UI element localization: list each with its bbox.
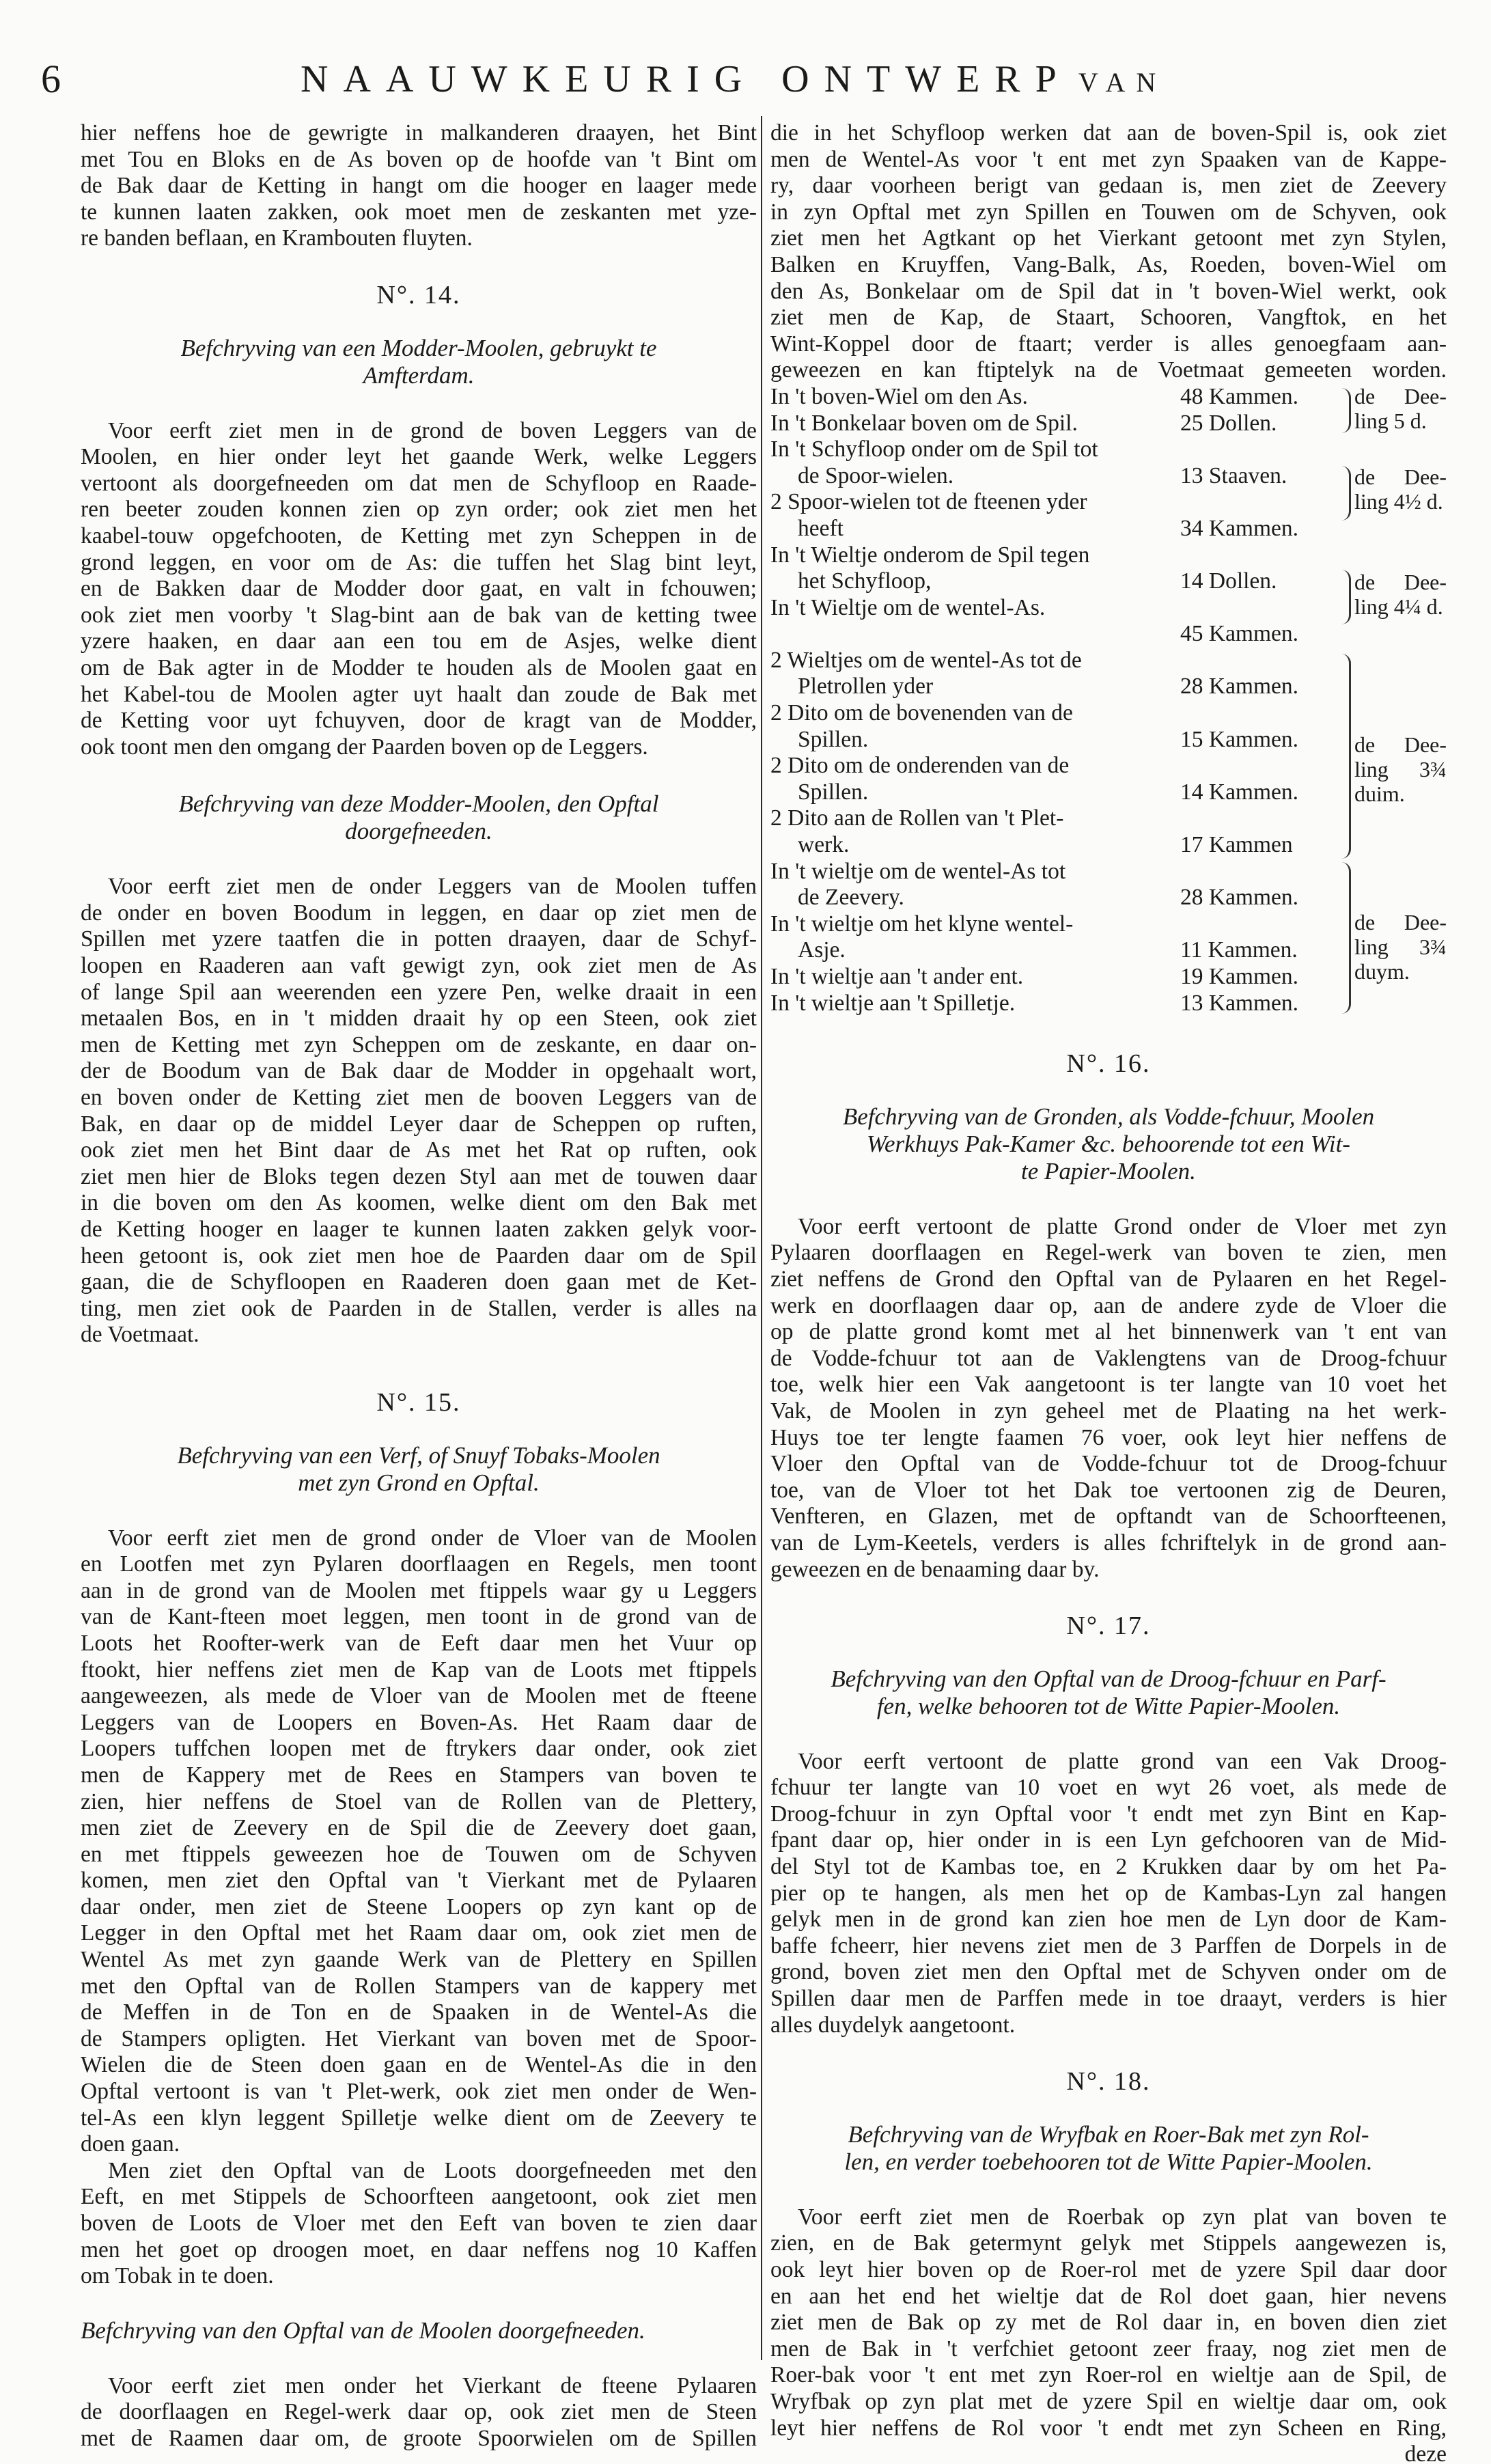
text-line: men ziet de Zeevery en de Spil die de Ze…	[81, 1815, 757, 1842]
gear-count: 34 Kammen.	[1180, 516, 1298, 542]
text-line: en Lootfen met zyn Pylaren doorflaagen e…	[81, 1551, 757, 1578]
text-line: geweezen en de benaaming daar by.	[770, 1557, 1447, 1583]
text-line: Vak, de Moolen in zyn geheel met de Plaa…	[770, 1398, 1447, 1425]
gear-description: heeft	[798, 516, 844, 542]
gear-description: In 't Wieltje onderom de Spil tegen	[770, 542, 1089, 569]
text-line: ziet men de Kap, de Staart, Schooren, Va…	[770, 305, 1447, 331]
heading-line: doorgefneeden.	[81, 818, 757, 845]
text-line: gelyk men in de grond kan zien hoe men d…	[770, 1907, 1447, 1933]
text-line: Wielen die de Steen doen gaan en de Went…	[81, 2052, 757, 2079]
text-line: ziet men hier de Bloks tegen dezen Styl …	[81, 1164, 757, 1191]
text-line: toe, van de Vloer tot het Dak toe vertoo…	[770, 1478, 1447, 1504]
text-line: met den Opftal van de Rollen Stampers va…	[81, 1974, 757, 2000]
gear-description: In 't Wieltje om de wentel-As.	[770, 595, 1045, 622]
running-title-small: VAN	[1078, 67, 1167, 98]
text-line: hier neffens hoe de gewrigte in malkande…	[81, 120, 757, 147]
text-line: Wryfbak op zyn plat met de yzere Spil en…	[770, 2389, 1447, 2415]
text-line: in die boven om den As koomen, welke die…	[81, 1190, 757, 1217]
text-line: Roer-bak voor 't ent met zyn Roer-rol en…	[770, 2362, 1447, 2389]
heading-line: met zyn Grond en Opftal.	[81, 1469, 757, 1497]
text-line: Eeft, en met Stippels de Schoorfteen aan…	[81, 2184, 757, 2211]
section-heading-14: Befchryving van een Modder-Moolen, gebru…	[81, 335, 757, 389]
gear-count: 25 Dollen.	[1180, 411, 1277, 437]
left-intro: hier neffens hoe de gewrigte in malkande…	[81, 120, 757, 252]
text-line: en de Bakken daar de Modder door gaat, e…	[81, 576, 757, 603]
heading-line: Werkhuys Pak-Kamer &c. behoorende tot ee…	[770, 1131, 1447, 1158]
text-line: de Ketting hooger en laager te kunnen la…	[81, 1217, 757, 1243]
gear-count: 14 Dollen.	[1180, 568, 1277, 595]
right-intro: die in het Schyfloop werken dat aan de b…	[770, 120, 1447, 384]
text-line: Pylaaren doorflaagen en Regel-werk van b…	[770, 1240, 1447, 1266]
section-body-15b: Voor eerft ziet men onder het Vierkant d…	[81, 2373, 757, 2452]
text-line: Voor eerft ziet men de onder Leggers van…	[81, 874, 757, 900]
text-line: de Bak daar de Ketting in hangt om die h…	[81, 173, 757, 199]
text-line: loopen en Raaderen aan vaft gewigt zyn, …	[81, 953, 757, 980]
text-line: fpant daar op, hier onder in is een Lyn …	[770, 1827, 1447, 1854]
section-body-14: Voor eerft ziet men in de grond de boven…	[81, 418, 757, 761]
text-line: Venfteren, en Glazen, met de opftandt va…	[770, 1504, 1447, 1530]
text-line: men de Wentel-As voor 't ent met zyn Spa…	[770, 147, 1447, 174]
brace-label: de Dee- ling 3¾ duim.	[1354, 732, 1447, 806]
text-line: Men ziet den Opftal van de Loots doorgef…	[81, 2158, 757, 2185]
heading-line: Amfterdam.	[81, 362, 757, 389]
brace	[1341, 570, 1351, 624]
text-line: alles duydelyk aangetoont.	[770, 2012, 1447, 2039]
text-line: ry, daar voorheen berigt van gedaan is, …	[770, 173, 1447, 199]
section-body-15-para2: Men ziet den Opftal van de Loots doorgef…	[81, 2158, 757, 2290]
brace	[1341, 654, 1351, 859]
heading-line: fen, welke behooren tot de Witte Papier-…	[770, 1693, 1447, 1720]
text-line: de Meffen in de Ton en de Spaaken in de …	[81, 1999, 757, 2026]
brace-label: de Dee- ling 3¾ duym.	[1354, 910, 1447, 984]
section-heading-15b: Befchryving van den Opftal van de Moolen…	[81, 2317, 757, 2344]
gear-description: 2 Dito aan de Rollen van 't Plet-	[770, 805, 1063, 832]
gear-description: In 't Bonkelaar boven om de Spil.	[770, 411, 1078, 437]
section-heading-16: Befchryving van de Gronden, als Vodde-fc…	[770, 1103, 1447, 1185]
column-divider	[761, 116, 762, 2360]
brace-label: de Dee- ling 4¼ d.	[1354, 570, 1447, 619]
text-line: Loopers tuffchen loopen met de ftrykers …	[81, 1736, 757, 1762]
text-line: Voor eerft ziet men onder het Vierkant d…	[81, 2373, 757, 2400]
gear-description: het Schyfloop,	[798, 568, 931, 595]
text-line: men de Kappery met de Rees en Stampers v…	[81, 1762, 757, 1789]
running-title-main: NAAUWKEURIG ONTWERP	[301, 58, 1072, 100]
text-line: tel-As een klyn leggent Spilletje welke …	[81, 2105, 757, 2132]
gear-description: werk.	[798, 832, 849, 859]
gear-description: Spillen.	[798, 779, 868, 806]
gear-description: 2 Wieltjes om de wentel-As tot de	[770, 648, 1082, 674]
text-line: fchuur ter langte van 10 voet en wyt 26 …	[770, 1775, 1447, 1801]
gear-description: Asje.	[798, 937, 846, 964]
heading-line: Befchryving van de Wryfbak en Roer-Bak m…	[770, 2121, 1447, 2148]
heading-line: Befchryving van een Modder-Moolen, gebru…	[81, 335, 757, 362]
gear-description: 2 Dito om de onderenden van de	[770, 753, 1069, 779]
text-line: daar onder, men ziet de Steene Loopers o…	[81, 1894, 757, 1921]
text-line: en aan het end het wieltje dat de Rol do…	[770, 2284, 1447, 2310]
text-line: Vloer den Opftal van de Vodde-fchuur tot…	[770, 1451, 1447, 1478]
text-line: vertoont als doorgefneeden om dat men de…	[81, 471, 757, 497]
section-number-18: N°. 18.	[770, 2068, 1447, 2095]
text-line: ting, men ziet ook de Paarden in de Stal…	[81, 1296, 757, 1323]
text-line: Droog-fchuur in zyn Opftal voor 't endt …	[770, 1801, 1447, 1828]
text-line: zien, hier neffens de Stoel van de Rolle…	[81, 1789, 757, 1816]
brace	[1341, 388, 1351, 433]
text-line: ook ziet men het Bint daar de As met het…	[81, 1137, 757, 1164]
text-line: de Ketting voor uyt fchuyven, door de kr…	[81, 708, 757, 734]
text-line: ziet men de Bak op zy met de Rol daar in…	[770, 2310, 1447, 2336]
text-line: geweezen en kan ftiptelyk na de Voetmaat…	[770, 357, 1447, 384]
text-line: ook ziet men voorby 't Slag-bint aan de …	[81, 603, 757, 629]
text-line: re banden beflaan, en Krambouten fluyten…	[81, 225, 757, 252]
gear-row: In 't Wieltje onderom de Spil tegen	[770, 542, 1447, 569]
text-line: ftookt, hier neffens ziet men de Kap van…	[81, 1657, 757, 1684]
text-line: die in het Schyfloop werken dat aan de b…	[770, 120, 1447, 147]
text-line: of lange Spil aan weerenden een yzere Pe…	[81, 980, 757, 1006]
gear-count: 17 Kammen	[1180, 832, 1293, 859]
text-line: komen, men ziet den Opftal van 't Vierka…	[81, 1868, 757, 1894]
text-line: op de platte grond komt met al het binne…	[770, 1319, 1447, 1346]
text-line: te kunnen laaten zakken, ook moet men de…	[81, 199, 757, 226]
section-number-15: N°. 15.	[81, 1389, 757, 1416]
gear-count: 28 Kammen.	[1180, 674, 1298, 700]
gear-description: 2 Spoor-wielen tot de fteenen yder	[770, 489, 1087, 516]
text-line: de Vodde-fchuur tot aan de Vaklengtens v…	[770, 1346, 1447, 1372]
gear-description: 2 Dito om de bovenenden van de	[770, 700, 1073, 727]
text-line: Balken en Kruyffen, Vang-Balk, As, Roede…	[770, 252, 1447, 279]
text-line: der de Boodum van de Bak daar de Modder …	[81, 1058, 757, 1085]
gear-count: 45 Kammen.	[1180, 621, 1298, 648]
text-line: boven de Loots de Vloer met den Eeft van…	[81, 2211, 757, 2237]
section-body-15: Voor eerft ziet men de grond onder de Vl…	[81, 1525, 757, 2158]
gear-description: de Spoor-wielen.	[798, 463, 953, 490]
gear-description: Pletrollen yder	[798, 674, 933, 700]
gear-description: In 't Schyfloop onder om de Spil tot	[770, 437, 1098, 463]
text-line: kaabel-touw opgefchooten, de Ketting met…	[81, 523, 757, 550]
text-line: den As, Bonkelaar om de Spil dat in 't b…	[770, 279, 1447, 305]
brace	[1341, 862, 1351, 1014]
heading-line: te Papier-Moolen.	[770, 1158, 1447, 1185]
text-line: en met ftippels geweezen hoe de Touwen o…	[81, 1842, 757, 1868]
gear-description: In 't wieltje aan 't ander ent.	[770, 964, 1023, 991]
text-line: Wentel As met zyn gaande Werk van de Ple…	[81, 1947, 757, 1974]
brace-label: de Dee- ling 5 d.	[1354, 384, 1447, 433]
gear-count: 28 Kammen.	[1180, 885, 1298, 911]
text-line: Spillen daar men de Parffen mede in toe …	[770, 1986, 1447, 2012]
text-line: ziet men het Agtkant op het Vierkant get…	[770, 225, 1447, 252]
text-line: grond leggen, en voor om de As: die tuff…	[81, 550, 757, 577]
text-line: Voor eerft ziet men de Roerbak op zyn pl…	[770, 2204, 1447, 2231]
text-line: ook toont men den omgang der Paarden bov…	[81, 734, 757, 761]
gear-description: In 't wieltje om de wentel-As tot	[770, 859, 1065, 885]
text-line: men de Bak in 't verfchiet getoont zeer …	[770, 2336, 1447, 2363]
left-column: hier neffens hoe de gewrigte in malkande…	[81, 120, 757, 2452]
text-line: aan in de grond van de Moolen met ftippe…	[81, 1578, 757, 1605]
text-line: toe, welk hier een Vak aangetoont is ter…	[770, 1372, 1447, 1398]
text-line: de onder en boven Boodum in leggen, en d…	[81, 900, 757, 927]
gear-description: Spillen.	[798, 727, 868, 753]
text-line: en boven onder de Ketting ziet men de bo…	[81, 1085, 757, 1111]
text-line: Spillen met yzere taatfen die in potten …	[81, 926, 757, 953]
gear-description: de Zeevery.	[798, 885, 904, 911]
text-line: yzere haaken, en daar aan een tou em de …	[81, 628, 757, 655]
gear-count: 15 Kammen.	[1180, 727, 1298, 753]
gear-count: 11 Kammen.	[1180, 937, 1298, 964]
text-line: in zyn Opftal met zyn Spillen en Touwen …	[770, 199, 1447, 226]
section-heading-17: Befchryving van den Opftal van de Droog-…	[770, 1665, 1447, 1720]
text-line: het Kabel-tou de Moolen agter uyt haalt …	[81, 682, 757, 708]
text-line: ren beeter zouden konnen zien op zyn ord…	[81, 497, 757, 523]
text-line: men de Ketting met zyn Scheppen om de ze…	[81, 1032, 757, 1059]
page-header: 6 NAAUWKEURIG ONTWERPVAN	[0, 56, 1491, 111]
brace-label: de Dee- ling 4½ d.	[1354, 465, 1447, 514]
section-number-16: N°. 16.	[770, 1051, 1447, 1077]
text-line: Voor eerft ziet men de grond onder de Vl…	[81, 1525, 757, 1552]
text-line: del Styl tot de Kambas toe, en 2 Krukken…	[770, 1854, 1447, 1881]
heading-line: Befchryving van den Opftal van de Moolen…	[81, 2317, 757, 2344]
text-line: zien, en de Bak getermynt gelyk met Stip…	[770, 2230, 1447, 2257]
heading-line: Befchryving van den Opftal van de Droog-…	[770, 1665, 1447, 1693]
text-line: de doorflaagen en Regel-werk daar op, oo…	[81, 2399, 757, 2426]
gear-description: In 't wieltje aan 't Spilletje.	[770, 991, 1015, 1017]
page-number: 6	[41, 56, 61, 102]
text-line: van de Lym-Keetels, verders is alles fch…	[770, 1530, 1447, 1557]
text-line: Loots het Roofter-werk van de Eeft daar …	[81, 1631, 757, 1657]
text-line: werk en doorflaagen daar op, aan de ande…	[770, 1293, 1447, 1320]
text-line: Voor eerft vertoont de platte grond van …	[770, 1749, 1447, 1775]
heading-line: len, en verder toebehooren tot de Witte …	[770, 2148, 1447, 2176]
gear-description: In 't boven-Wiel om den As.	[770, 384, 1028, 411]
text-line: Opftal vertoont is van 't Plet-werk, ook…	[81, 2079, 757, 2105]
text-line: doen gaan.	[81, 2131, 757, 2158]
text-line: Voor eerft vertoont de platte Grond onde…	[770, 1214, 1447, 1241]
heading-line: Befchryving van deze Modder-Moolen, den …	[81, 790, 757, 818]
section-body-14b: Voor eerft ziet men de onder Leggers van…	[81, 874, 757, 1348]
text-line: Legger in den Opftal met het Raam daar o…	[81, 1920, 757, 1947]
text-line: met Tou en Bloks en de As boven op de ho…	[81, 147, 757, 174]
running-title: NAAUWKEURIG ONTWERPVAN	[301, 57, 1167, 101]
gear-count: 13 Staaven.	[1180, 463, 1287, 490]
gear-table: In 't boven-Wiel om den As.48 Kammen.In …	[770, 384, 1447, 1016]
text-line: van de Kant-fteen moet leggen, men toont…	[81, 1604, 757, 1631]
text-line: met de Raamen daar om, de groote Spoorwi…	[81, 2426, 757, 2452]
text-line: om de Bak agter in de Modder te houden a…	[81, 655, 757, 682]
text-line: Voor eerft ziet men in de grond de boven…	[81, 418, 757, 445]
text-line: Bak, en daar op de middel Leyer daar de …	[81, 1111, 757, 1138]
text-line: baffe fcheerr, hier nevens ziet men de 3…	[770, 1933, 1447, 1960]
section-body-18: Voor eerft ziet men de Roerbak op zyn pl…	[770, 2204, 1447, 2441]
text-line: leyt hier neffens de Rol voor 't endt me…	[770, 2415, 1447, 2442]
text-line: de Stampers opligten. Het Vierkant van b…	[81, 2026, 757, 2053]
text-line: Wint-Koppel door de ftaart; verder is al…	[770, 331, 1447, 358]
gear-row: 45 Kammen.	[770, 621, 1447, 648]
gear-count: 19 Kammen.	[1180, 964, 1298, 991]
text-line: grond, boven ziet men den Opftal met de …	[770, 1959, 1447, 1986]
section-number-14: N°. 14.	[81, 282, 757, 309]
text-line: Leggers van de Loopers en Boven-As. Het …	[81, 1710, 757, 1736]
section-heading-14b: Befchryving van deze Modder-Moolen, den …	[81, 790, 757, 845]
catchword: deze	[770, 2441, 1447, 2464]
section-body-17: Voor eerft vertoont de platte grond van …	[770, 1749, 1447, 2039]
section-heading-15: Befchryving van een Verf, of Snuyf Tobak…	[81, 1442, 757, 1497]
text-line: ook leyt hier boven op de Roer-rol met d…	[770, 2257, 1447, 2284]
text-line: aangeweezen, als mede de Vloer van de Mo…	[81, 1683, 757, 1710]
heading-line: Befchryving van een Verf, of Snuyf Tobak…	[81, 1442, 757, 1469]
text-line: men het goet op droogen moet, en daar ne…	[81, 2237, 757, 2264]
section-body-16: Voor eerft vertoont de platte Grond onde…	[770, 1214, 1447, 1583]
section-heading-18: Befchryving van de Wryfbak en Roer-Bak m…	[770, 2121, 1447, 2176]
right-column: die in het Schyfloop werken dat aan de b…	[770, 120, 1447, 2464]
brace	[1341, 466, 1351, 521]
text-line: Huys toe ter lengte faamen 76 voer, ook …	[770, 1425, 1447, 1452]
text-line: heen getoont is, ook ziet men hoe de Paa…	[81, 1243, 757, 1270]
text-line: ziet neffens de Grond den Opftal van de …	[770, 1266, 1447, 1293]
gear-count: 13 Kammen.	[1180, 991, 1298, 1017]
gear-count: 14 Kammen.	[1180, 779, 1298, 806]
heading-line: Befchryving van de Gronden, als Vodde-fc…	[770, 1103, 1447, 1131]
text-line: pier op te hangen, als men het op de Kam…	[770, 1881, 1447, 1907]
text-line: gaan, die de Schyfloopen en Raaderen doe…	[81, 1269, 757, 1296]
text-line: om Tobak in te doen.	[81, 2263, 757, 2290]
gear-count: 48 Kammen.	[1180, 384, 1298, 411]
section-number-17: N°. 17.	[770, 1613, 1447, 1639]
gear-description: In 't wieltje om het klyne wentel-	[770, 911, 1073, 938]
text-line: de Voetmaat.	[81, 1322, 757, 1348]
text-line: Moolen, en hier onder leyt het gaande We…	[81, 444, 757, 471]
text-line: metaalen Bos, en in 't midden draait hy …	[81, 1006, 757, 1032]
gear-row: In 't Schyfloop onder om de Spil tot	[770, 437, 1447, 463]
